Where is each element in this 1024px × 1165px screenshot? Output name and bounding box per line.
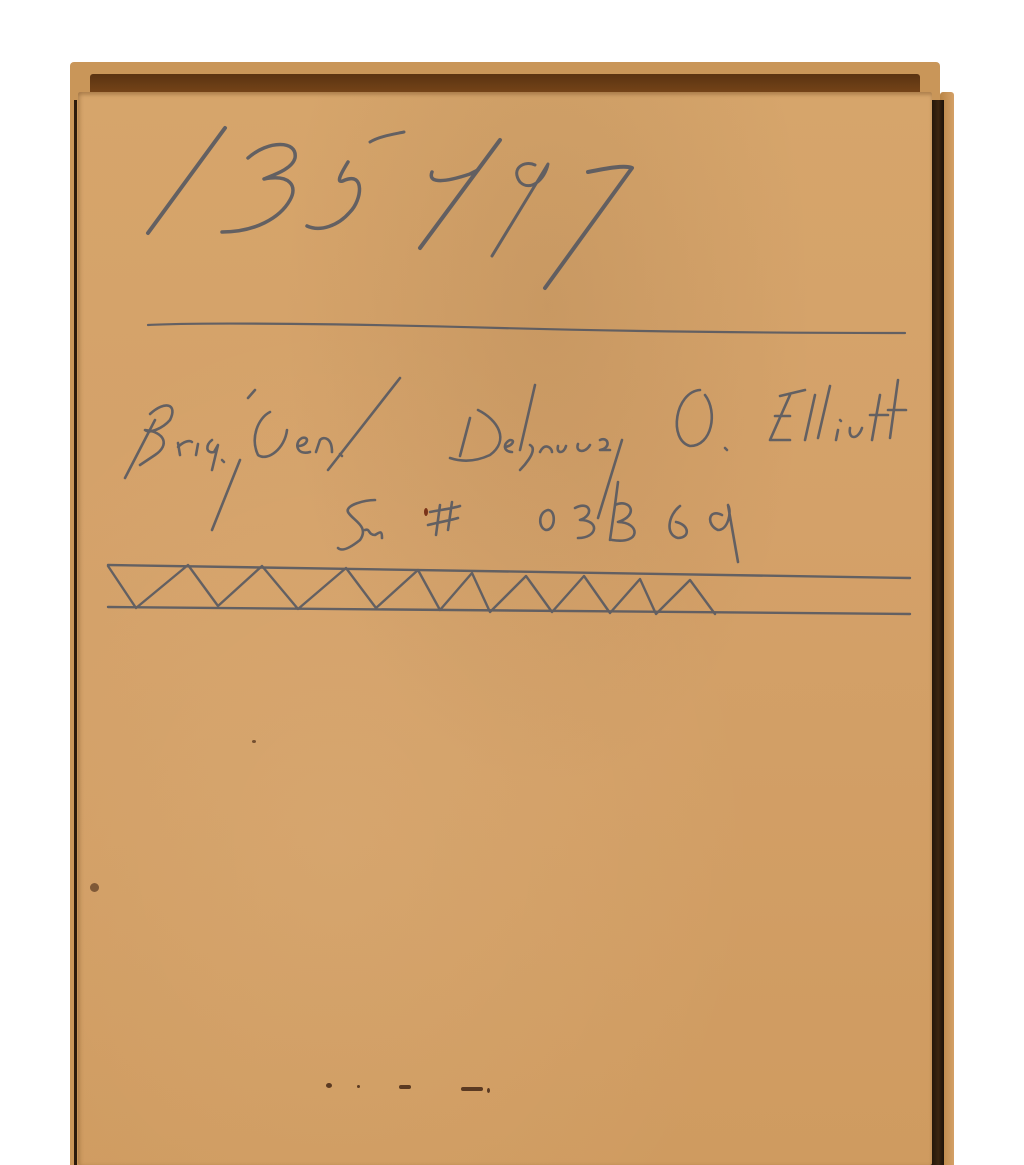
photo-scene: 135497 Brig. Gen. Delancy O. Elliott Ser…	[0, 0, 1024, 1165]
pencil-inscription	[0, 0, 1024, 1165]
